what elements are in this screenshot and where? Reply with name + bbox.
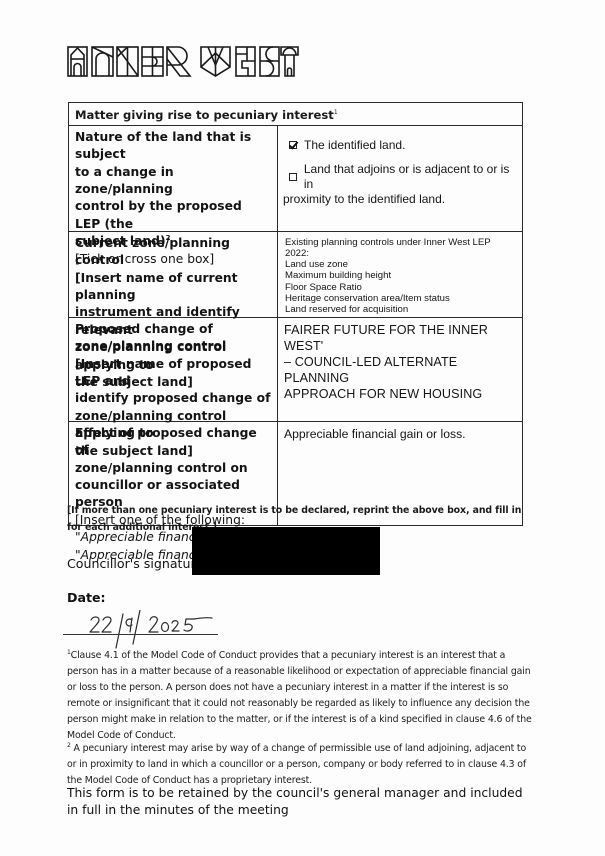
table-row-nature-of-land: Nature of the land that is subject to a … xyxy=(69,125,522,231)
controls-line: Land use zone xyxy=(285,259,517,270)
table-row-current-control: Current zone/planning control [Insert na… xyxy=(69,231,522,317)
proposed-value-line: – COUNCIL-LED ALTERNATE PLANNING xyxy=(284,354,517,386)
footnote-2: 2 A pecuniary interest may arise by way … xyxy=(67,738,532,789)
option-adjoining-land-label-cont: proximity to the identified land. xyxy=(283,192,517,207)
current-label-cell: Current zone/planning control [Insert na… xyxy=(69,232,277,317)
current-instruction-line: [Insert name of current planning xyxy=(75,270,271,305)
proposed-value-cell: FAIRER FUTURE FOR THE INNER WEST' – COUN… xyxy=(277,318,522,421)
controls-line: Existing planning controls under Inner W… xyxy=(285,237,517,259)
proposed-value-line: FAIRER FUTURE FOR THE INNER WEST' xyxy=(284,322,517,354)
proposed-instruction-line: identify proposed change of xyxy=(75,390,271,407)
signature-label: Councillor's signature: xyxy=(67,556,207,571)
signature-redaction xyxy=(192,527,380,575)
proposed-label-line: Proposed change of xyxy=(75,321,271,338)
current-label-title: Current zone/planning control xyxy=(75,235,271,270)
option-identified-land[interactable]: The identified land. xyxy=(283,138,517,153)
date-underline xyxy=(63,634,218,635)
footnote-1: 1Clause 4.1 of the Model Code of Conduct… xyxy=(67,645,532,744)
checkbox-unchecked-icon[interactable] xyxy=(289,173,297,181)
table-header-label: Matter giving rise to pecuniary interest xyxy=(75,108,334,122)
date-handwritten-value xyxy=(88,610,228,650)
effect-label-line: Effect of proposed change of xyxy=(75,425,271,460)
controls-line: Maximum building height xyxy=(285,270,517,281)
retain-note: This form is to be retained by the counc… xyxy=(67,785,537,819)
option-identified-land-label: The identified land. xyxy=(304,138,405,153)
nature-label-cell: Nature of the land that is subject to a … xyxy=(69,126,277,231)
current-controls-cell: Existing planning controls under Inner W… xyxy=(277,232,522,317)
nature-label-line: to a change in zone/planning xyxy=(75,164,271,199)
proposed-label-cell: Proposed change of zone/planning control… xyxy=(69,318,277,421)
footnote-mark: 2 xyxy=(67,742,71,749)
option-adjoining-land[interactable]: Land that adjoins or is adjacent to or i… xyxy=(283,162,517,207)
controls-line: Land reserved for acquisition xyxy=(285,304,517,315)
footnote-mark: 1 xyxy=(334,109,338,116)
current-controls-list: Existing planning controls under Inner W… xyxy=(283,237,517,315)
table-header-row: Matter giving rise to pecuniary interest… xyxy=(69,103,522,125)
option-adjoining-land-label: Land that adjoins or is adjacent to or i… xyxy=(304,162,517,192)
document-page: Matter giving rise to pecuniary interest… xyxy=(0,0,605,856)
inner-west-logo-icon xyxy=(67,45,299,78)
effect-label-line: zone/planning control on xyxy=(75,460,271,477)
inner-west-logo xyxy=(67,45,299,78)
proposed-label-line: zone/planning control xyxy=(75,338,271,355)
proposed-instruction-line: [Insert name of proposed LEP and xyxy=(75,356,271,391)
nature-label-line: control by the proposed LEP (the xyxy=(75,198,271,233)
footnote-2-text: A pecuniary interest may arise by way of… xyxy=(67,743,526,786)
controls-line: Heritage conservation area/Item status xyxy=(285,293,517,304)
handwriting-icon xyxy=(88,610,228,650)
controls-line: Floor Space Ratio xyxy=(285,282,517,293)
nature-options-cell: The identified land. Land that adjoins o… xyxy=(277,126,522,231)
table-header: Matter giving rise to pecuniary interest… xyxy=(69,103,522,125)
effect-value: Appreciable financial gain or loss. xyxy=(283,427,517,442)
checkbox-checked-icon[interactable] xyxy=(289,141,297,149)
footnote-1-text: Clause 4.1 of the Model Code of Conduct … xyxy=(67,650,532,741)
date-label: Date: xyxy=(67,590,106,605)
nature-label-line: Nature of the land that is subject xyxy=(75,129,271,164)
proposed-value-line: APPROACH FOR NEW HOUSING xyxy=(284,386,517,402)
proposed-value: FAIRER FUTURE FOR THE INNER WEST' – COUN… xyxy=(283,322,517,402)
table-row-proposed-change: Proposed change of zone/planning control… xyxy=(69,317,522,421)
pecuniary-interest-table: Matter giving rise to pecuniary interest… xyxy=(68,102,523,526)
